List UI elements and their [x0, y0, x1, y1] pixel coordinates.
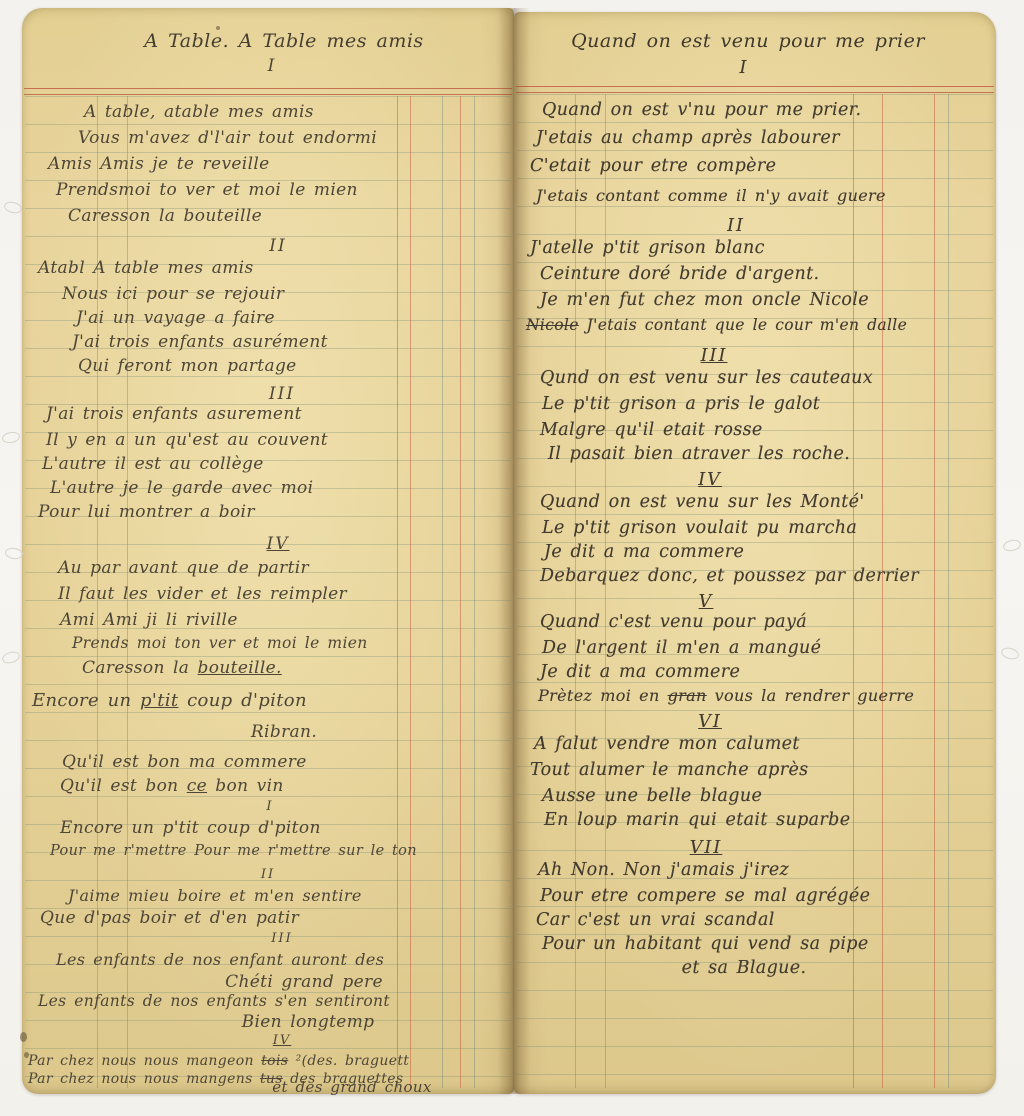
verse-line: Pour un habitant qui vend sa pipe: [542, 936, 869, 954]
verse-line: Caresson la bouteille.: [82, 660, 282, 677]
stanza-numeral: III: [269, 386, 295, 403]
verse-line: Au par avant que de partir: [58, 560, 309, 577]
stanza-numeral: IV: [698, 472, 722, 490]
verse-line: L'autre je le garde avec moi: [50, 480, 313, 497]
column-rule: [934, 94, 935, 1088]
verse-line: C'etait pour etre compère: [530, 158, 776, 176]
verse-line: Caresson la bouteille: [68, 208, 262, 225]
verse-line: J'atelle p'tit grison blanc: [530, 240, 765, 258]
verse-line: Pour lui montrer a boir: [38, 504, 255, 521]
verse-line: Car c'est un vrai scandal: [536, 912, 775, 930]
verse-line: Chéti grand pere: [225, 974, 383, 991]
verse-line: Nous ici pour se rejouir: [62, 286, 284, 303]
binding-stitch: [3, 200, 23, 215]
verse-line: Prètez moi en gran vous la rendrer guerr…: [538, 688, 914, 704]
verse-line: Debarquez donc, et poussez par derrier: [540, 568, 919, 586]
verse-line: J'ai trois enfants asurement: [46, 406, 302, 423]
verse-line: Il y en a un qu'est au couvent: [46, 432, 328, 449]
verse-line: Quand c'est venu pour payá: [540, 614, 807, 632]
verse-line: A falut vendre mon calumet: [534, 736, 800, 754]
stanza-numeral: II: [727, 218, 745, 236]
column-rule: [397, 96, 398, 1088]
stanza-numeral: I: [268, 58, 277, 75]
verse-line: Que d'pas boir et d'en patir: [40, 910, 299, 927]
stanza-numeral: II: [261, 868, 275, 881]
verse-line: Il faut les vider et les reimpler: [58, 586, 347, 603]
verse-line: Pour me r'mettre Pour me r'mettre sur le…: [50, 844, 417, 859]
verse-line: Les enfants de nos enfant auront des: [56, 952, 384, 968]
verse-line: A table, atable mes amis: [84, 104, 314, 121]
verse-line: Qu'il est bon ce bon vin: [60, 778, 284, 795]
verse-line: Les enfants de nos enfants s'en sentiron…: [38, 994, 390, 1010]
stanza-numeral: III: [701, 348, 728, 366]
verse-line: Vous m'avez d'l'air tout endormi: [78, 130, 377, 147]
column-rule: [442, 96, 443, 1088]
verse-line: Ausse une belle blague: [542, 788, 762, 806]
verse-line: Tout alumer le manche après: [530, 762, 809, 780]
binding-stitch: [1, 650, 21, 666]
column-rule: [410, 96, 411, 1088]
verse-line: J'ai trois enfants asurément: [72, 334, 328, 351]
stanza-numeral: I: [266, 800, 273, 813]
verse-line: Il pasait bien atraver les roche.: [548, 446, 850, 464]
page-left: A Table. A Table mes amis IA table, atab…: [22, 8, 514, 1094]
verse-line: J'aime mieu boire et m'en sentire: [68, 888, 362, 904]
verse-line: Qu'il est bon ma commere: [62, 754, 307, 771]
column-rule: [474, 96, 475, 1088]
stanza-numeral: II: [269, 238, 286, 255]
verse-line: J'ai un vayage a faire: [76, 310, 275, 327]
page-blemish: [20, 1032, 27, 1042]
verse-line: Je dit a ma commere: [544, 544, 744, 562]
stanza-numeral: IV: [273, 1034, 292, 1047]
verse-line: Encore un p'tit coup d'piton: [32, 692, 307, 710]
verse-line: Amis Amis je te reveille: [48, 156, 270, 173]
binding-stitch: [1, 431, 21, 445]
verse-line: L'autre il est au collège: [42, 456, 264, 473]
song-title: A Table. A Table mes amis: [144, 30, 423, 52]
stanza-numeral: I: [740, 60, 749, 78]
verse-line: et des grand choux: [272, 1080, 431, 1095]
binding-stitch: [4, 547, 23, 560]
verse-line: Ami Ami ji li riville: [60, 612, 238, 629]
notebook-scan: A Table. A Table mes amis IA table, atab…: [0, 0, 1024, 1116]
verse-line: Prendsmoi to ver et moi le mien: [56, 182, 358, 199]
stanza-numeral: VI: [698, 714, 722, 732]
verse-line: Ceinture doré bride d'argent.: [540, 266, 819, 284]
page-blemish: [24, 1052, 29, 1058]
verse-line: Par chez nous nous mangeon tois ²(des. b…: [28, 1054, 409, 1068]
verse-line: J'etais contant comme il n'y avait guere: [536, 188, 886, 204]
verse-line: Quand on est venu sur les Monté': [540, 494, 865, 512]
verse-line: De l'argent il m'en a mangué: [542, 640, 821, 658]
verse-line: Qund on est venu sur les cauteaux: [540, 370, 873, 388]
refrain-heading: Ribran.: [251, 724, 317, 741]
verse-line: Malgre qu'il etait rosse: [540, 422, 763, 440]
stanza-numeral: VII: [690, 840, 722, 858]
header-rule: [24, 88, 512, 95]
ink-dot: [216, 26, 220, 30]
verse-line: Quand on est v'nu pour me prier.: [542, 102, 861, 120]
stanza-numeral: V: [699, 594, 714, 612]
verse-line: Prends moi ton ver et moi le mien: [72, 636, 368, 652]
column-rule: [460, 96, 461, 1088]
verse-line: Atabl A table mes amis: [38, 260, 254, 277]
stanza-numeral: III: [271, 932, 292, 945]
binding-stitch: [1000, 646, 1020, 661]
stanza-numeral: IV: [267, 536, 290, 553]
verse-line: Le p'tit grison voulait pu marcha: [542, 520, 857, 538]
verse-line: J'etais au champ après labourer: [536, 130, 840, 148]
verse-line: Le p'tit grison a pris le galot: [542, 396, 820, 414]
verse-line: Encore un p'tit coup d'piton: [60, 820, 321, 837]
verse-line: Bien longtemp: [242, 1014, 375, 1031]
verse-line: Je dit a ma commere: [540, 664, 740, 682]
verse-line: Pour etre compere se mal agrégée: [540, 888, 870, 906]
verse-line: Ah Non. Non j'amais j'irez: [538, 862, 789, 880]
column-rule: [948, 94, 949, 1088]
verse-line: Qui feront mon partage: [78, 358, 297, 375]
verse-line: et sa Blague.: [682, 960, 807, 978]
verse-line: En loup marin qui etait suparbe: [544, 812, 850, 830]
verse-line: Je m'en fut chez mon oncle Nicole: [540, 292, 869, 310]
binding-stitch: [1002, 538, 1022, 553]
header-rule: [516, 86, 994, 93]
page-right: Quand on est venu pour me prier IQuand o…: [514, 12, 996, 1094]
column-rule: [882, 94, 883, 1088]
verse-line: Nicole J'etais contant que le cour m'en …: [526, 318, 907, 334]
song-title: Quand on est venu pour me prier: [571, 30, 925, 52]
